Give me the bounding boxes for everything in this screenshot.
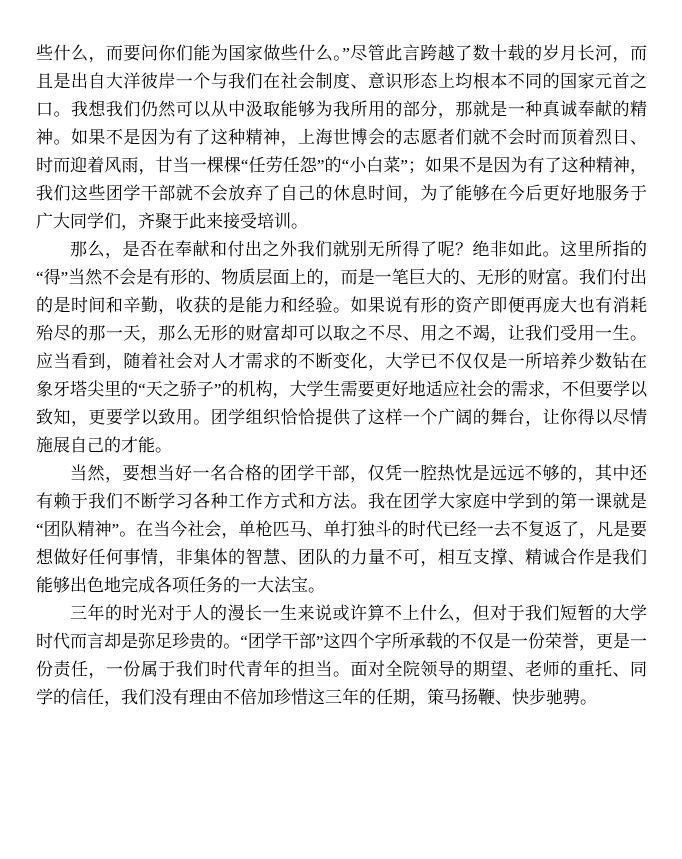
- paragraph-1: 些什么，而要问你们能为国家做些什么。”尽管此言跨越了数十载的岁月长河，而且是出自…: [36, 40, 647, 236]
- document-text-block: 些什么，而要问你们能为国家做些什么。”尽管此言跨越了数十载的岁月长河，而且是出自…: [36, 40, 647, 712]
- paragraph-4: 三年的时光对于人的漫长一生来说或许算不上什么，但对于我们短暂的大学时代而言却是弥…: [36, 600, 647, 712]
- document-page: 些什么，而要问你们能为国家做些什么。”尽管此言跨越了数十载的岁月长河，而且是出自…: [0, 0, 682, 859]
- paragraph-3: 当然，要想当好一名合格的团学干部，仅凭一腔热忱是远远不够的，其中还有赖于我们不断…: [36, 460, 647, 600]
- paragraph-2: 那么，是否在奉献和付出之外我们就别无所得了呢？绝非如此。这里所指的“得”当然不会…: [36, 236, 647, 460]
